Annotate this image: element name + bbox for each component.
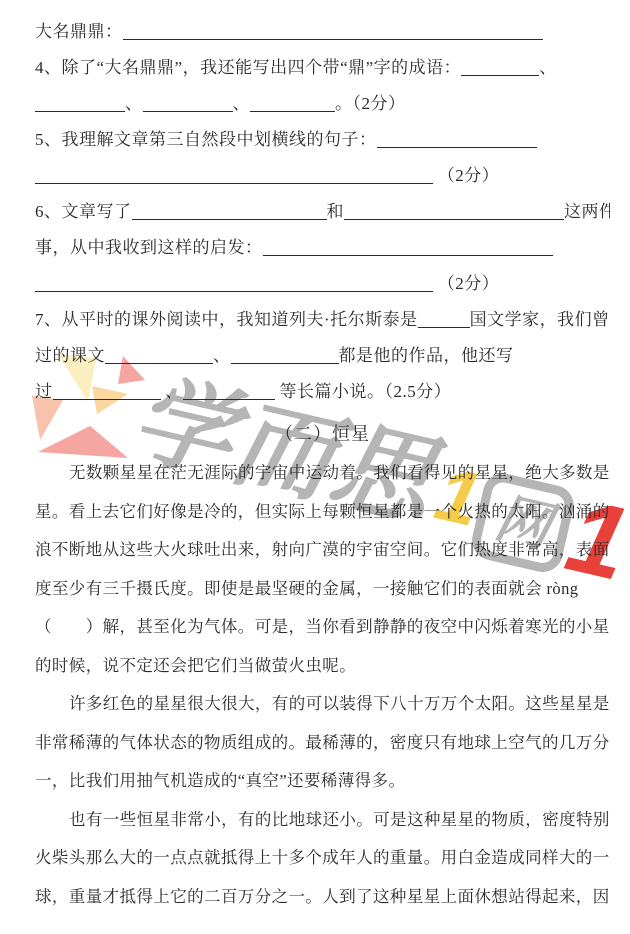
question-text: 、 — [213, 346, 231, 365]
passage-title: （二）恒星 — [35, 410, 610, 454]
passage-line: 球，重量才抵得上它的二百万分之一。人到了这种星星上面休想站得起来，因为 — [35, 878, 610, 917]
answer-blank — [132, 202, 327, 220]
answer-blank — [250, 94, 335, 112]
question-line: 事，从中我收到这样的启发： — [35, 230, 610, 266]
question-line: 4、除了“大名鼎鼎”，我还能写出四个带“鼎”字的成语：、 — [35, 50, 610, 86]
answer-blank — [53, 382, 161, 400]
question-line: 、、。（2分） — [35, 86, 610, 122]
worksheet-page: 大名鼎鼎：4、除了“大名鼎鼎”，我还能写出四个带“鼎”字的成语：、、、。（2分）… — [0, 0, 630, 916]
question-text: 过 — [35, 382, 53, 401]
answer-blank — [183, 382, 275, 400]
question-line: （2分） — [35, 158, 610, 194]
question-text: 国文学家，我们曾学 — [470, 310, 610, 329]
answer-blank — [461, 58, 539, 76]
question-line: 6、文章写了和这两件 — [35, 194, 610, 230]
question-line: 过的课文、都是他的作品，他还写 — [35, 338, 610, 374]
question-text: 和 — [327, 202, 345, 221]
passage-line: 一，比我们用抽气机造成的“真空”还要稀薄得多。 — [35, 762, 610, 801]
question-text: （2分） — [433, 274, 499, 293]
passage-line: 非常稀薄的气体状态的物质组成的。最稀薄的，密度只有地球上空气的几万分之 — [35, 724, 610, 763]
passage-line: 无数颗星星在茫无涯际的宇宙中运动着。我们看得见的星星，绝大多数是恒 — [35, 454, 610, 493]
passage-line: 浪不断地从这些大火球吐出来，射向广漠的宇宙空间。它们热度非常高，表面温 — [35, 531, 610, 570]
answer-blank — [231, 346, 339, 364]
question-text: 大名鼎鼎： — [35, 22, 123, 41]
question-text: 5、我理解文章第三自然段中划横线的句子： — [35, 130, 377, 149]
question-text: 7、从平时的课外阅读中，我知道列夫·托尔斯泰是 — [35, 310, 418, 329]
passage-line: 度至少有三千摄氏度。即使是最坚硬的金属，一接触它们的表面就会 ròng — [35, 570, 610, 609]
answer-blank — [123, 22, 543, 40]
answer-blank — [263, 238, 553, 256]
answer-blank — [35, 94, 125, 112]
passage-line: 星。看上去它们好像是冷的，但实际上每颗恒星都是一个火热的太阳。汹涌的热 — [35, 493, 610, 532]
question-text: 等长篇小说。（2.5分） — [275, 382, 452, 401]
passage-line: 火柴头那么大的一点点就抵得上十多个成年人的重量。用白金造成同样大的一个 — [35, 839, 610, 878]
passage-line: 许多红色的星星很大很大，有的可以装得下八十万万个太阳。这些星星是由 — [35, 685, 610, 724]
answer-blank — [35, 274, 433, 292]
question-line: 5、我理解文章第三自然段中划横线的句子： — [35, 122, 610, 158]
answer-blank — [418, 310, 470, 328]
question-line: （2分） — [35, 266, 610, 302]
question-line: 过 、 等长篇小说。（2.5分） — [35, 374, 610, 410]
question-line: 大名鼎鼎： — [35, 14, 610, 50]
question-text: （2分） — [433, 166, 499, 185]
question-text: 、 — [233, 94, 251, 113]
passage-line: 的时候，说不定还会把它们当做萤火虫呢。 — [35, 647, 610, 686]
passage-line: 也有一些恒星非常小，有的比地球还小。可是这种星星的物质，密度特别大， — [35, 801, 610, 840]
question-text: 6、文章写了 — [35, 202, 132, 221]
answer-blank — [344, 202, 564, 220]
answer-blank — [377, 130, 537, 148]
passage: 无数颗星星在茫无涯际的宇宙中运动着。我们看得见的星星，绝大多数是恒星。看上去它们… — [35, 454, 610, 916]
question-lines: 大名鼎鼎：4、除了“大名鼎鼎”，我还能写出四个带“鼎”字的成语：、、、。（2分）… — [35, 14, 610, 410]
question-text: 都是他的作品，他还写 — [339, 346, 514, 365]
question-text: 4、除了“大名鼎鼎”，我还能写出四个带“鼎”字的成语： — [35, 58, 461, 77]
question-text: 事，从中我收到这样的启发： — [35, 238, 263, 257]
answer-blank — [143, 94, 233, 112]
question-line: 7、从平时的课外阅读中，我知道列夫·托尔斯泰是国文学家，我们曾学 — [35, 302, 610, 338]
answer-blank — [35, 166, 433, 184]
question-text: 、 — [161, 382, 183, 401]
question-text: 、 — [539, 58, 557, 77]
passage-line: （ ）解，甚至化为气体。可是，当你看到静静的夜空中闪烁着寒光的小星星 — [35, 608, 610, 647]
question-text: 、 — [125, 94, 143, 113]
question-text: 这两件 — [564, 202, 610, 221]
question-text: 过的课文 — [35, 346, 105, 365]
question-text: 。（2分） — [335, 94, 406, 113]
answer-blank — [105, 346, 213, 364]
